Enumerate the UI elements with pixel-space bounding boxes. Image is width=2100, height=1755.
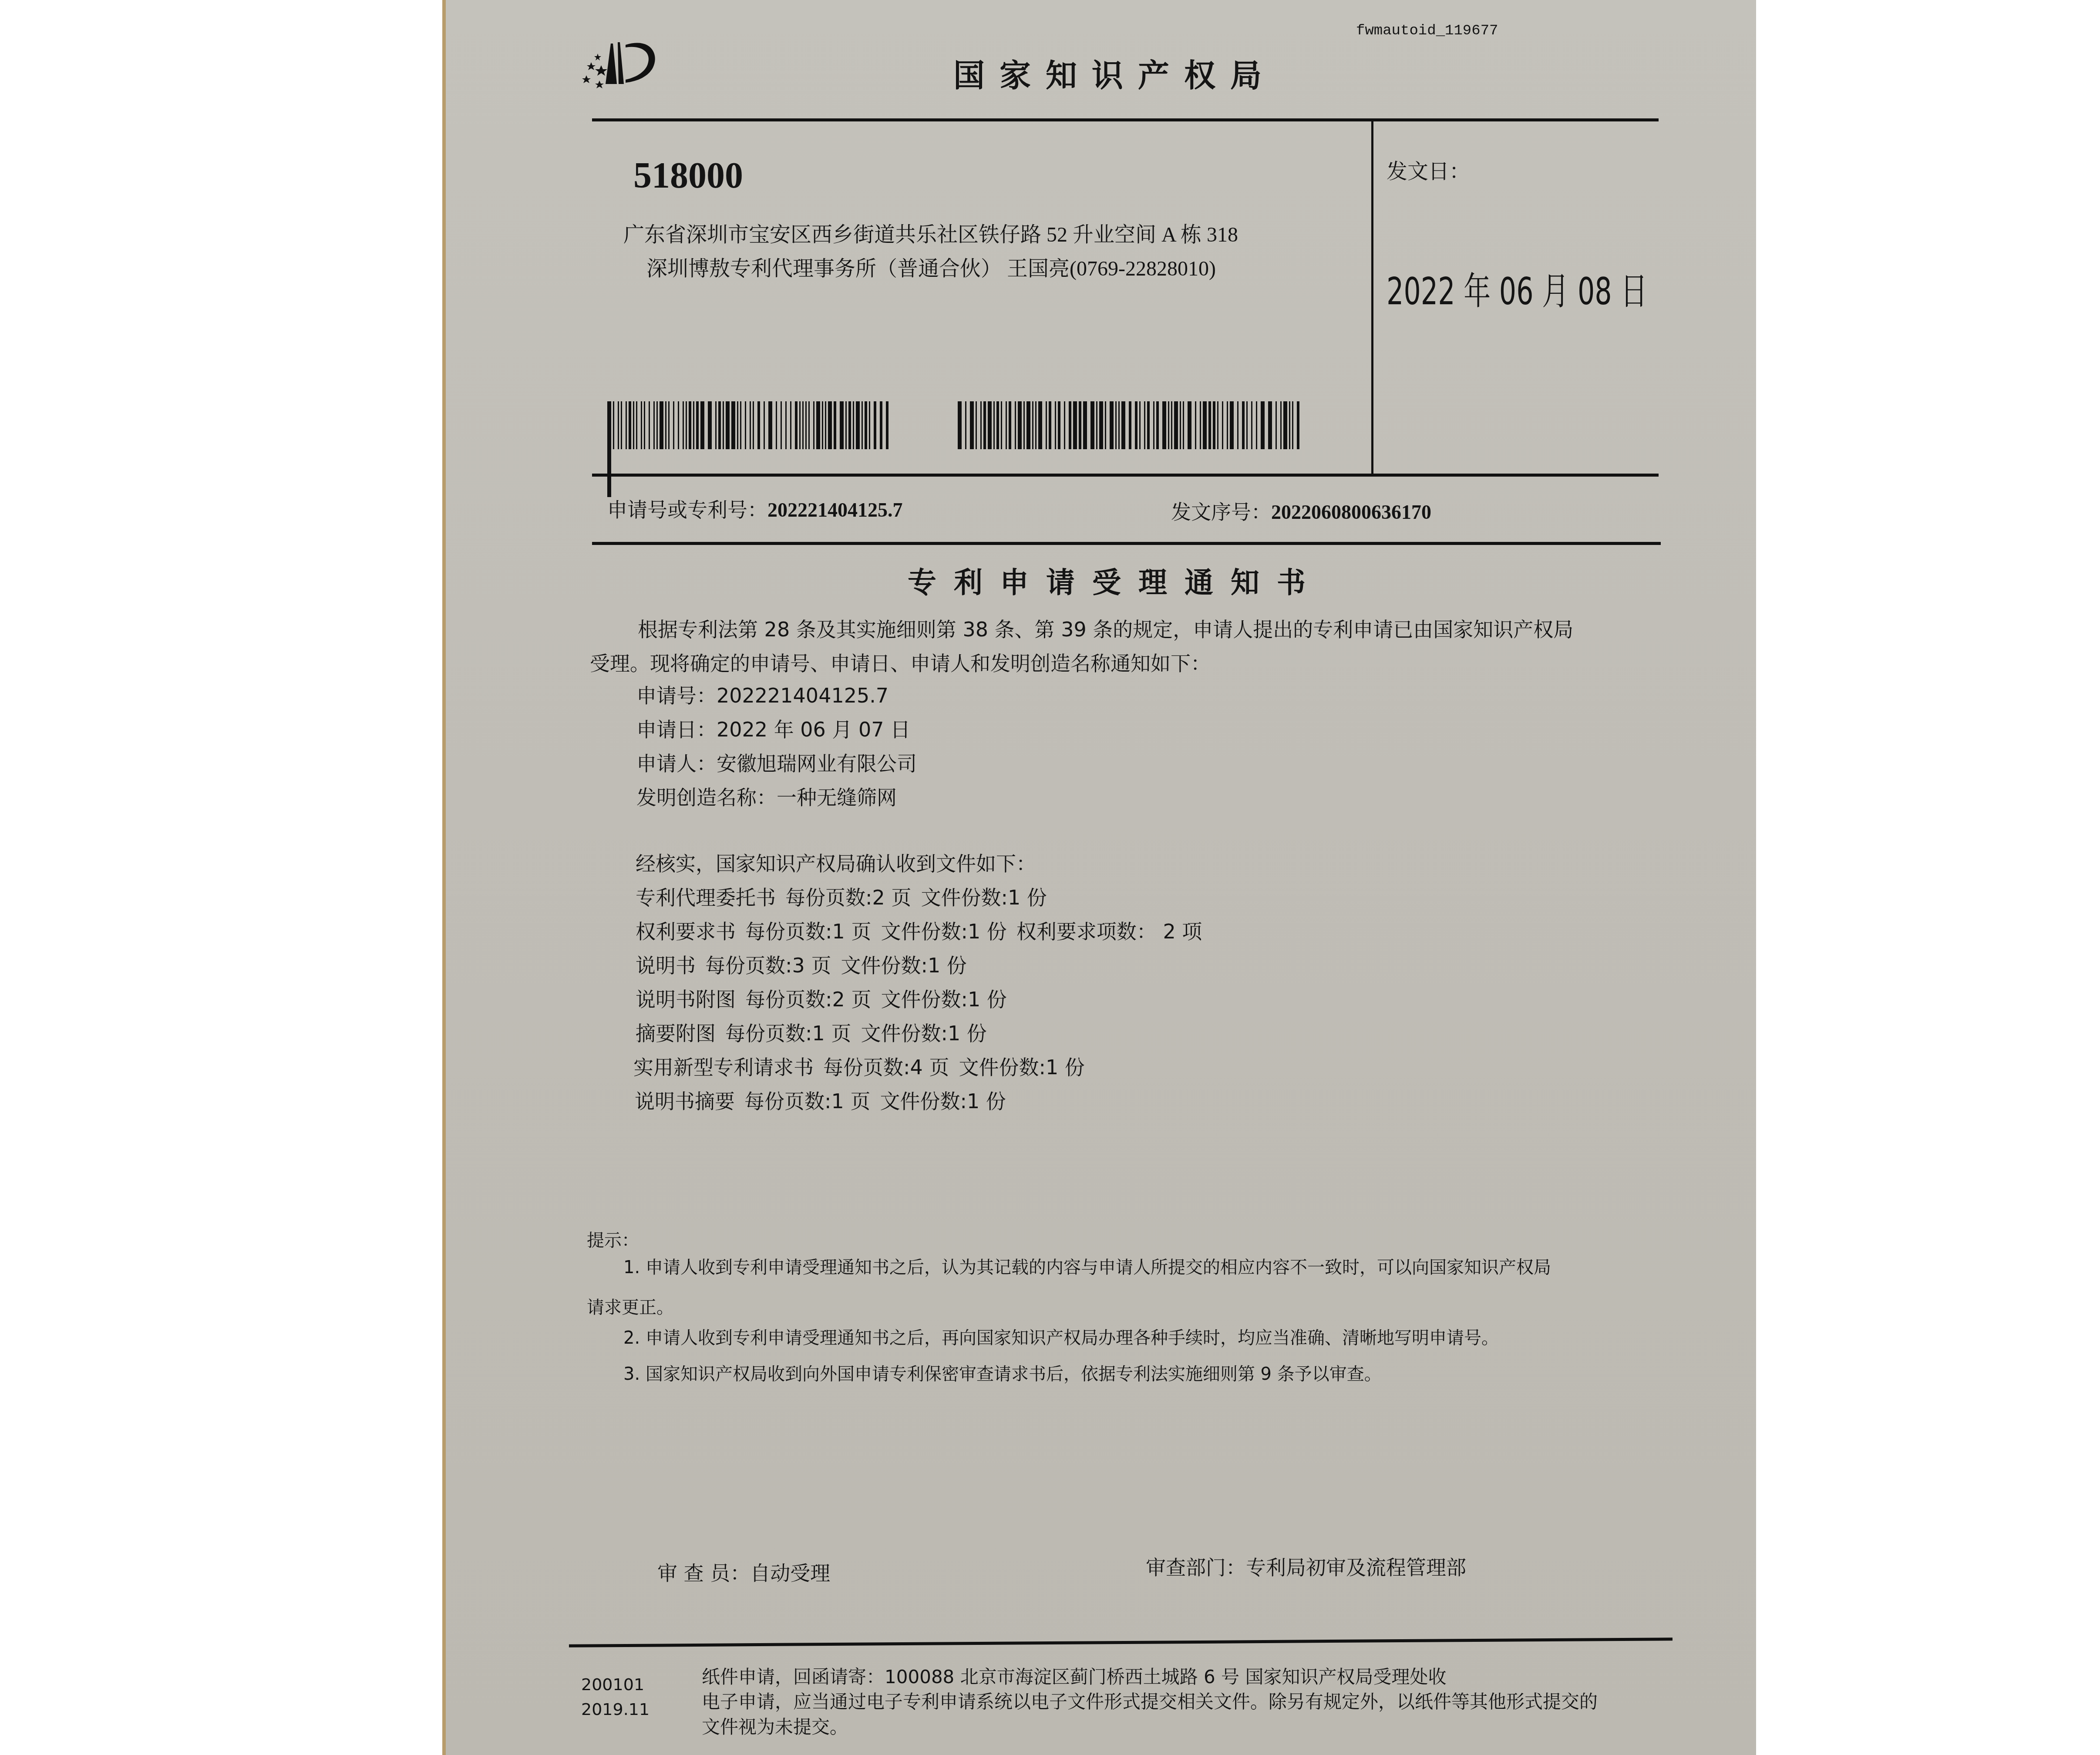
file-extra: 权利要求项数： 2 项 [1016,920,1202,943]
file-copies: 文件份数:1 份 [959,1056,1084,1079]
top-rule [592,118,1659,121]
tip-1-line-1: 1. 申请人收到专利申请受理通知书之后，认为其记载的内容与申请人所提交的相应内容… [623,1254,1551,1278]
form-version: 2019.11 [581,1700,650,1719]
cnipa-logo-icon [577,24,673,89]
postcode: 518000 [633,155,743,197]
recipient-address: 广东省深圳市宝安区西乡街道共乐社区铁仔路 52 升业空间 A 栋 318 [623,218,1238,248]
tip-2: 2. 申请人收到专利申请受理通知书之后，再向国家知识产权局办理各种手续时，均应当… [623,1324,1499,1349]
application-number-row: 申请号或专利号：202221404125.7 [607,494,903,523]
tip-3: 3. 国家知识产权局收到向外国申请专利保密审查请求书后，依据专利法实施细则第 9… [623,1360,1382,1385]
recipient-agency: 深圳博敖专利代理事务所（普通合伙） 王国亮(0769-22828010) [646,252,1216,282]
file-name: 实用新型专利请求书 [633,1056,814,1079]
rule-under-reference [592,542,1661,545]
examiner: 自动受理 [750,1561,830,1585]
file-pages: 每份页数:2 页 [785,886,911,909]
file-pages: 每份页数:3 页 [705,954,831,977]
file-pages: 每份页数:1 页 [725,1022,851,1045]
agency-name: 国家知识产权局 [953,50,1276,95]
footer-line-2: 电子申请，应当通过电子专利申请系统以电子文件形式提交相关文件。除另有规定外，以纸… [702,1688,1598,1714]
barcode-1-icon [607,401,895,449]
file-copies: 文件份数:1 份 [880,1089,1006,1113]
field-application-number: 申请号：202221404125.7 [636,680,888,709]
received-file-row: 实用新型专利请求书每份页数:4 页文件份数:1 份 [633,1052,1094,1080]
serial-number-label: 发文序号： [1171,500,1271,524]
serial-number: 2022060800636170 [1271,501,1431,523]
serial-number-row: 发文序号：2022060800636170 [1171,496,1431,525]
file-pages: 每份页数:1 页 [744,1089,870,1113]
tips-heading: 提示： [587,1227,639,1251]
file-copies: 文件份数:1 份 [861,1022,986,1045]
field-invention-title: 发明创造名称：一种无缝筛网 [636,782,897,810]
intro-line-1: 根据专利法第 28 条及其实施细则第 38 条、第 39 条的规定，申请人提出的… [638,614,1573,642]
received-file-row: 说明书摘要每份页数:1 页文件份数:1 份 [635,1086,1016,1114]
file-name: 说明书摘要 [635,1089,735,1113]
received-file-row: 说明书每份页数:3 页文件份数:1 份 [636,950,976,978]
examiner-row: 审 查 员：自动受理 [657,1557,830,1586]
document-title: 专利申请受理通知书 [908,559,1323,601]
footer-line-3: 文件视为未提交。 [702,1713,848,1739]
file-name: 权利要求书 [636,920,736,943]
file-copies: 文件份数:1 份 [881,988,1006,1011]
received-intro: 经核实，国家知识产权局确认收到文件如下： [636,848,1036,877]
barcode-2-icon [958,401,1302,449]
field-applicant: 申请人：安徽旭瑞网业有限公司 [636,748,917,777]
field-application-date: 申请日：2022 年 06 月 07 日 [636,714,910,743]
form-code: 200101 [581,1675,644,1694]
rule-under-barcodes [592,474,1659,477]
examiner-label: 审 查 员： [657,1561,750,1585]
application-number: 202221404125.7 [767,499,903,521]
footer-line-1: 纸件申请，回函请寄：100088 北京市海淀区蓟门桥西土城路 6 号 国家知识产… [702,1663,1446,1689]
file-copies: 文件份数:1 份 [881,920,1006,943]
file-pages: 每份页数:1 页 [745,920,871,943]
received-file-row: 权利要求书每份页数:1 页文件份数:1 份权利要求项数： 2 项 [636,916,1202,945]
issue-date-label: 发文日： [1387,155,1470,185]
received-file-row: 说明书附图每份页数:2 页文件份数:1 份 [636,984,1016,1012]
department: 专利局初审及流程管理部 [1246,1556,1466,1579]
file-pages: 每份页数:2 页 [745,988,871,1011]
department-row: 审查部门：专利局初审及流程管理部 [1146,1552,1466,1580]
received-file-row: 摘要附图每份页数:1 页文件份数:1 份 [636,1018,996,1046]
file-name: 专利代理委托书 [636,886,776,909]
file-name: 摘要附图 [636,1022,716,1045]
intro-line-2: 受理。现将确定的申请号、申请日、申请人和发明创造名称通知如下： [590,648,1211,676]
issue-date: 2022 年 06 月 08 日 [1387,261,1647,315]
department-label: 审查部门： [1146,1556,1246,1579]
file-copies: 文件份数:1 份 [921,886,1047,909]
file-pages: 每份页数:4 页 [823,1056,949,1079]
auto-id: fwmautoid_119677 [1356,23,1498,39]
file-name: 说明书附图 [636,988,736,1011]
received-file-row: 专利代理委托书每份页数:2 页文件份数:1 份 [636,882,1057,911]
tip-1-line-2: 请求更正。 [587,1294,674,1318]
file-copies: 文件份数:1 份 [841,954,966,977]
vertical-divider [1371,120,1373,474]
application-number-label: 申请号或专利号： [607,498,767,521]
file-name: 说明书 [636,954,696,977]
